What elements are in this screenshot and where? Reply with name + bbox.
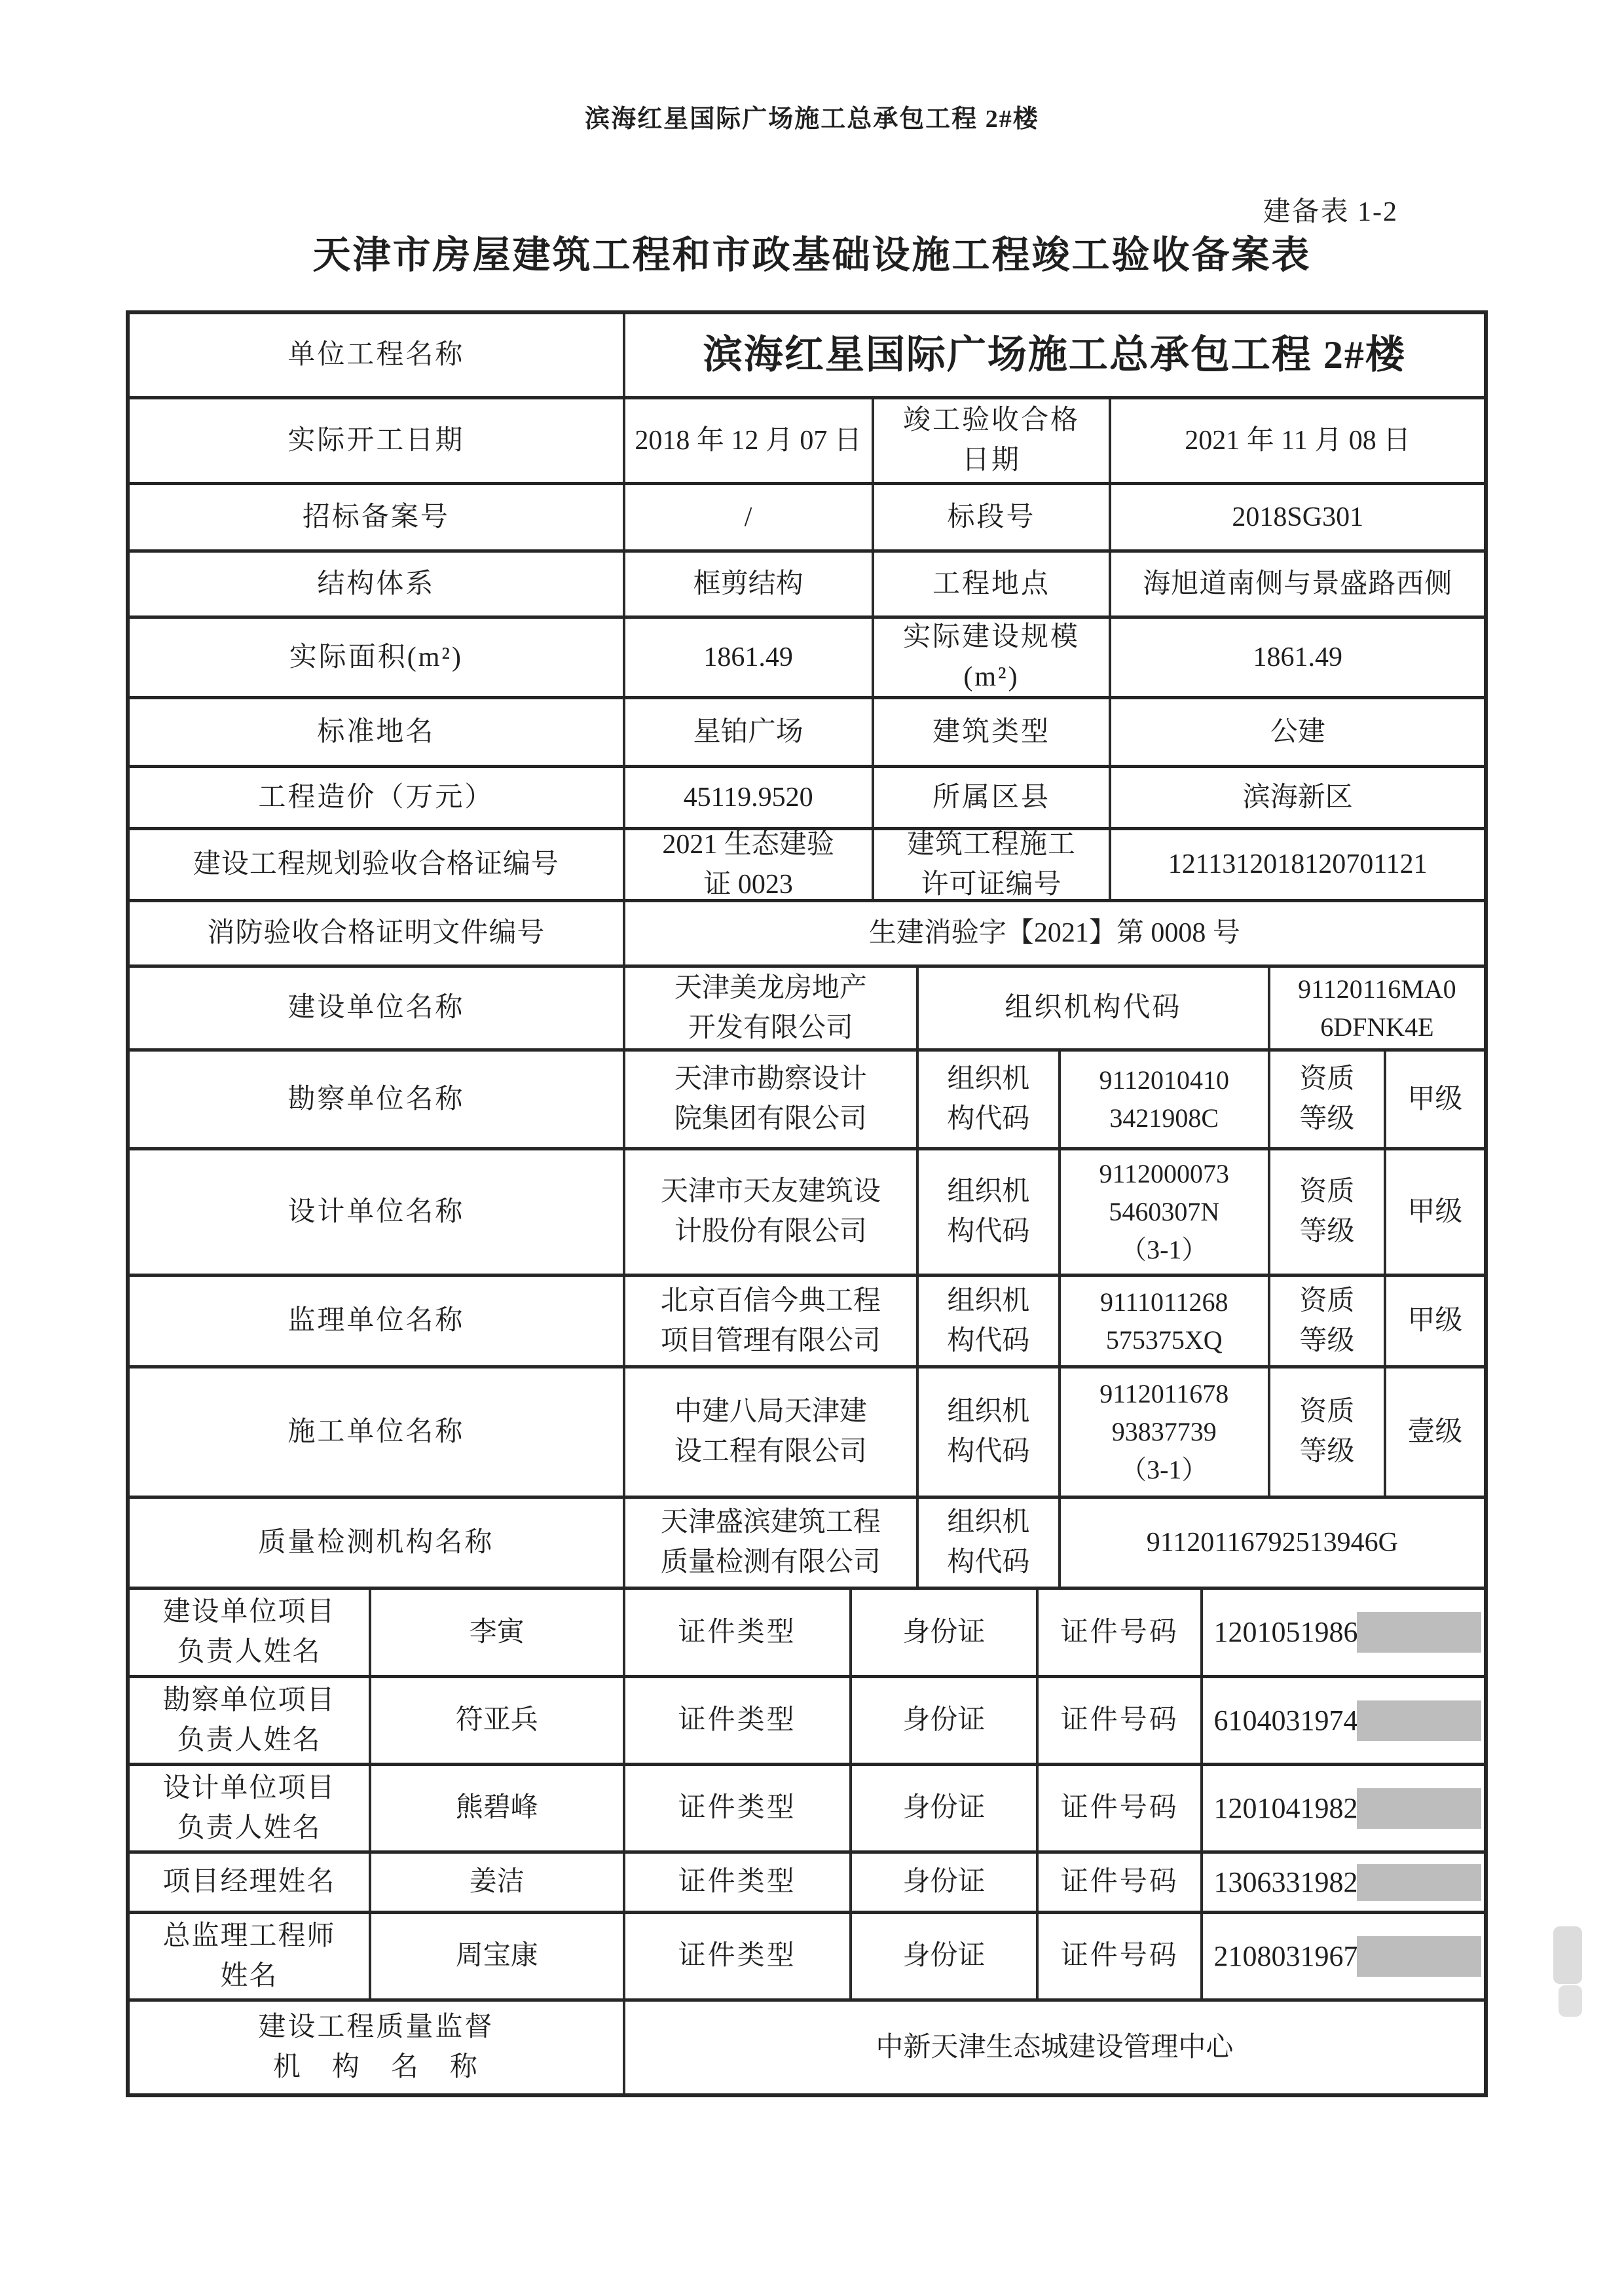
contractor-unit-org-code: 911201167893837739（3-1）: [1061, 1368, 1270, 1496]
cert-type-value: 身份证: [852, 1590, 1039, 1675]
planning-cert-value: 2021 生态建验证 0023: [625, 830, 874, 899]
acceptance-date-label: 竣工验收合格日期: [874, 399, 1112, 482]
fire-cert-label: 消防验收合格证明文件编号: [130, 902, 625, 964]
design-unit-label: 设计单位名称: [130, 1150, 625, 1274]
cert-no-label: 证件号码: [1039, 1766, 1203, 1850]
row-person-chief-supervisor: 总监理工程师姓名 周宝康 证件类型 身份证 证件号码 2108031967: [130, 1914, 1484, 2002]
design-unit-grade: 甲级: [1386, 1150, 1484, 1274]
contractor-unit-grade-label: 资质等级: [1270, 1368, 1386, 1496]
row-fire-cert: 消防验收合格证明文件编号 生建消验字【2021】第 0008 号: [130, 902, 1484, 968]
cert-no-label: 证件号码: [1039, 1678, 1203, 1763]
cert-no-value: 1201041982: [1203, 1766, 1484, 1850]
actual-area-value: 1861.49: [625, 619, 874, 696]
testing-unit-org-code: 91120116792513946G: [1061, 1499, 1484, 1587]
cert-no-value: 6104031974: [1203, 1678, 1484, 1763]
document-header-project-name: 滨海红星国际广场施工总承包工程 2#楼: [0, 98, 1624, 134]
planning-cert-label: 建设工程规划验收合格证编号: [130, 830, 625, 899]
location-label: 工程地点: [874, 553, 1112, 615]
cert-type-label: 证件类型: [625, 1678, 852, 1763]
design-unit-grade-label: 资质等级: [1270, 1150, 1386, 1274]
row-supervision-unit: 监理单位名称 北京百信今典工程项目管理有限公司 组织机构代码 911101126…: [130, 1277, 1484, 1368]
cert-no-label: 证件号码: [1039, 1914, 1203, 1998]
page-title: 天津市房屋建筑工程和市政基础设施工程竣工验收备案表: [0, 224, 1624, 279]
redaction-box: [1357, 1864, 1481, 1901]
contractor-unit-org-code-label: 组织机构代码: [919, 1368, 1061, 1496]
construction-permit-label: 建筑工程施工许可证编号: [874, 830, 1112, 899]
testing-unit-label: 质量检测机构名称: [130, 1499, 625, 1587]
quality-supervision-label: 建设工程质量监督机 构 名 称: [130, 2002, 625, 2093]
contractor-unit-label: 施工单位名称: [130, 1368, 625, 1496]
build-scale-value: 1861.49: [1111, 619, 1484, 696]
structure-value: 框剪结构: [625, 553, 874, 615]
cert-type-label: 证件类型: [625, 1854, 852, 1911]
person-role-label: 勘察单位项目负责人姓名: [130, 1678, 371, 1763]
section-no-label: 标段号: [874, 485, 1112, 549]
testing-unit-company: 天津盛滨建筑工程质量检测有限公司: [625, 1499, 919, 1587]
person-name: 符亚兵: [371, 1678, 625, 1763]
unit-project-value: 滨海红星国际广场施工总承包工程 2#楼: [625, 314, 1484, 396]
cert-type-label: 证件类型: [625, 1766, 852, 1850]
row-design-unit: 设计单位名称 天津市天友建筑设计股份有限公司 组织机构代码 9112000073…: [130, 1150, 1484, 1277]
survey-unit-label: 勘察单位名称: [130, 1052, 625, 1147]
survey-unit-company: 天津市勘察设计院集团有限公司: [625, 1052, 919, 1147]
cert-type-value: 身份证: [852, 1678, 1039, 1763]
form-number: 建备表 1-2: [1263, 190, 1399, 229]
survey-unit-org-code-label: 组织机构代码: [919, 1052, 1061, 1147]
redaction-box: [1357, 1700, 1481, 1741]
row-structure: 结构体系 框剪结构 工程地点 海旭道南侧与景盛路西侧: [130, 553, 1484, 619]
cert-type-label: 证件类型: [625, 1914, 852, 1998]
person-role-label: 建设单位项目负责人姓名: [130, 1590, 371, 1675]
supervision-unit-grade: 甲级: [1386, 1277, 1484, 1365]
cert-no-value: 1306331982: [1203, 1854, 1484, 1911]
row-testing-unit: 质量检测机构名称 天津盛滨建筑工程质量检测有限公司 组织机构代码 9112011…: [130, 1499, 1484, 1590]
construction-unit-org-code-label: 组织机构代码: [919, 968, 1270, 1048]
construction-unit-label: 建设单位名称: [130, 968, 625, 1048]
row-survey-unit: 勘察单位名称 天津市勘察设计院集团有限公司 组织机构代码 91120104103…: [130, 1052, 1484, 1150]
cert-type-value: 身份证: [852, 1914, 1039, 1998]
location-value: 海旭道南侧与景盛路西侧: [1111, 553, 1484, 615]
row-contractor-unit: 施工单位名称 中建八局天津建设工程有限公司 组织机构代码 91120116789…: [130, 1368, 1484, 1499]
person-name: 李寅: [371, 1590, 625, 1675]
cert-no-digits: 1201051986: [1213, 1611, 1357, 1653]
unit-project-label: 单位工程名称: [130, 314, 625, 396]
row-quality-supervision: 建设工程质量监督机 构 名 称 中新天津生态城建设管理中心: [130, 2002, 1484, 2093]
cert-no-digits: 1201041982: [1213, 1788, 1357, 1829]
row-cost: 工程造价（万元） 45119.9520 所属区县 滨海新区: [130, 768, 1484, 830]
cert-type-value: 身份证: [852, 1766, 1039, 1850]
supervision-unit-label: 监理单位名称: [130, 1277, 625, 1365]
building-type-value: 公建: [1111, 699, 1484, 765]
person-name: 姜洁: [371, 1854, 625, 1911]
cert-no-value: 2108031967: [1203, 1914, 1484, 1998]
person-name: 熊碧峰: [371, 1766, 625, 1850]
redaction-box: [1357, 1612, 1481, 1653]
row-person-construction: 建设单位项目负责人姓名 李寅 证件类型 身份证 证件号码 1201051986: [130, 1590, 1484, 1678]
row-area: 实际面积(m²) 1861.49 实际建设规模(m²) 1861.49: [130, 619, 1484, 699]
row-person-design: 设计单位项目负责人姓名 熊碧峰 证件类型 身份证 证件号码 1201041982: [130, 1766, 1484, 1854]
cert-no-digits: 1306331982: [1213, 1862, 1357, 1903]
person-name: 周宝康: [371, 1914, 625, 1998]
contractor-unit-grade: 壹级: [1386, 1368, 1484, 1496]
cost-value: 45119.9520: [625, 768, 874, 827]
testing-unit-org-code-label: 组织机构代码: [919, 1499, 1061, 1587]
survey-unit-grade-label: 资质等级: [1270, 1052, 1386, 1147]
scan-smudge: [1559, 1985, 1582, 2017]
survey-unit-grade: 甲级: [1386, 1052, 1484, 1147]
start-date-value: 2018 年 12 月 07 日: [625, 399, 874, 482]
redaction-box: [1357, 1936, 1481, 1977]
row-place-name: 标准地名 星铂广场 建筑类型 公建: [130, 699, 1484, 768]
contractor-unit-company: 中建八局天津建设工程有限公司: [625, 1368, 919, 1496]
design-unit-company: 天津市天友建筑设计股份有限公司: [625, 1150, 919, 1274]
row-person-manager: 项目经理姓名 姜洁 证件类型 身份证 证件号码 1306331982: [130, 1854, 1484, 1914]
cert-type-label: 证件类型: [625, 1590, 852, 1675]
construction-unit-company: 天津美龙房地产开发有限公司: [625, 968, 919, 1048]
row-bid: 招标备案号 / 标段号 2018SG301: [130, 485, 1484, 553]
record-table: 单位工程名称 滨海红星国际广场施工总承包工程 2#楼 实际开工日期 2018 年…: [126, 310, 1488, 2097]
start-date-label: 实际开工日期: [130, 399, 625, 482]
place-name-value: 星铂广场: [625, 699, 874, 765]
design-unit-org-code: 91120000735460307N（3-1）: [1061, 1150, 1270, 1274]
supervision-unit-company: 北京百信今典工程项目管理有限公司: [625, 1277, 919, 1365]
bid-record-value: /: [625, 485, 874, 549]
bid-record-label: 招标备案号: [130, 485, 625, 549]
supervision-unit-org-code: 9111011268575375XQ: [1061, 1277, 1270, 1365]
fire-cert-value: 生建消验字【2021】第 0008 号: [625, 902, 1484, 964]
person-role-label: 项目经理姓名: [130, 1854, 371, 1911]
construction-permit-value: 1211312018120701121: [1111, 830, 1484, 899]
row-person-survey: 勘察单位项目负责人姓名 符亚兵 证件类型 身份证 证件号码 6104031974: [130, 1678, 1484, 1766]
cert-type-value: 身份证: [852, 1854, 1039, 1911]
scanned-page: 滨海红星国际广场施工总承包工程 2#楼 建备表 1-2 天津市房屋建筑工程和市政…: [0, 0, 1624, 2295]
cert-no-digits: 2108031967: [1213, 1936, 1357, 1977]
scan-smudge: [1553, 1926, 1582, 1984]
section-no-value: 2018SG301: [1111, 485, 1484, 549]
cert-no-digits: 6104031974: [1213, 1700, 1357, 1742]
cert-no-label: 证件号码: [1039, 1854, 1203, 1911]
build-scale-label: 实际建设规模(m²): [874, 619, 1112, 696]
person-role-label: 设计单位项目负责人姓名: [130, 1766, 371, 1850]
cert-no-value: 1201051986: [1203, 1590, 1484, 1675]
row-planning-cert: 建设工程规划验收合格证编号 2021 生态建验证 0023 建筑工程施工许可证编…: [130, 830, 1484, 902]
cost-label: 工程造价（万元）: [130, 768, 625, 827]
row-construction-unit: 建设单位名称 天津美龙房地产开发有限公司 组织机构代码 91120116MA06…: [130, 968, 1484, 1052]
quality-supervision-value: 中新天津生态城建设管理中心: [625, 2002, 1484, 2093]
row-unit-project: 单位工程名称 滨海红星国际广场施工总承包工程 2#楼: [130, 314, 1484, 399]
redaction-box: [1357, 1788, 1481, 1829]
supervision-unit-org-code-label: 组织机构代码: [919, 1277, 1061, 1365]
person-role-label: 总监理工程师姓名: [130, 1914, 371, 1998]
place-name-label: 标准地名: [130, 699, 625, 765]
row-dates: 实际开工日期 2018 年 12 月 07 日 竣工验收合格日期 2021 年 …: [130, 399, 1484, 485]
district-label: 所属区县: [874, 768, 1112, 827]
structure-label: 结构体系: [130, 553, 625, 615]
supervision-unit-grade-label: 资质等级: [1270, 1277, 1386, 1365]
district-value: 滨海新区: [1111, 768, 1484, 827]
acceptance-date-value: 2021 年 11 月 08 日: [1111, 399, 1484, 482]
building-type-label: 建筑类型: [874, 699, 1112, 765]
design-unit-org-code-label: 组织机构代码: [919, 1150, 1061, 1274]
cert-no-label: 证件号码: [1039, 1590, 1203, 1675]
construction-unit-org-code: 91120116MA06DFNK4E: [1270, 968, 1484, 1048]
survey-unit-org-code: 91120104103421908C: [1061, 1052, 1270, 1147]
actual-area-label: 实际面积(m²): [130, 619, 625, 696]
